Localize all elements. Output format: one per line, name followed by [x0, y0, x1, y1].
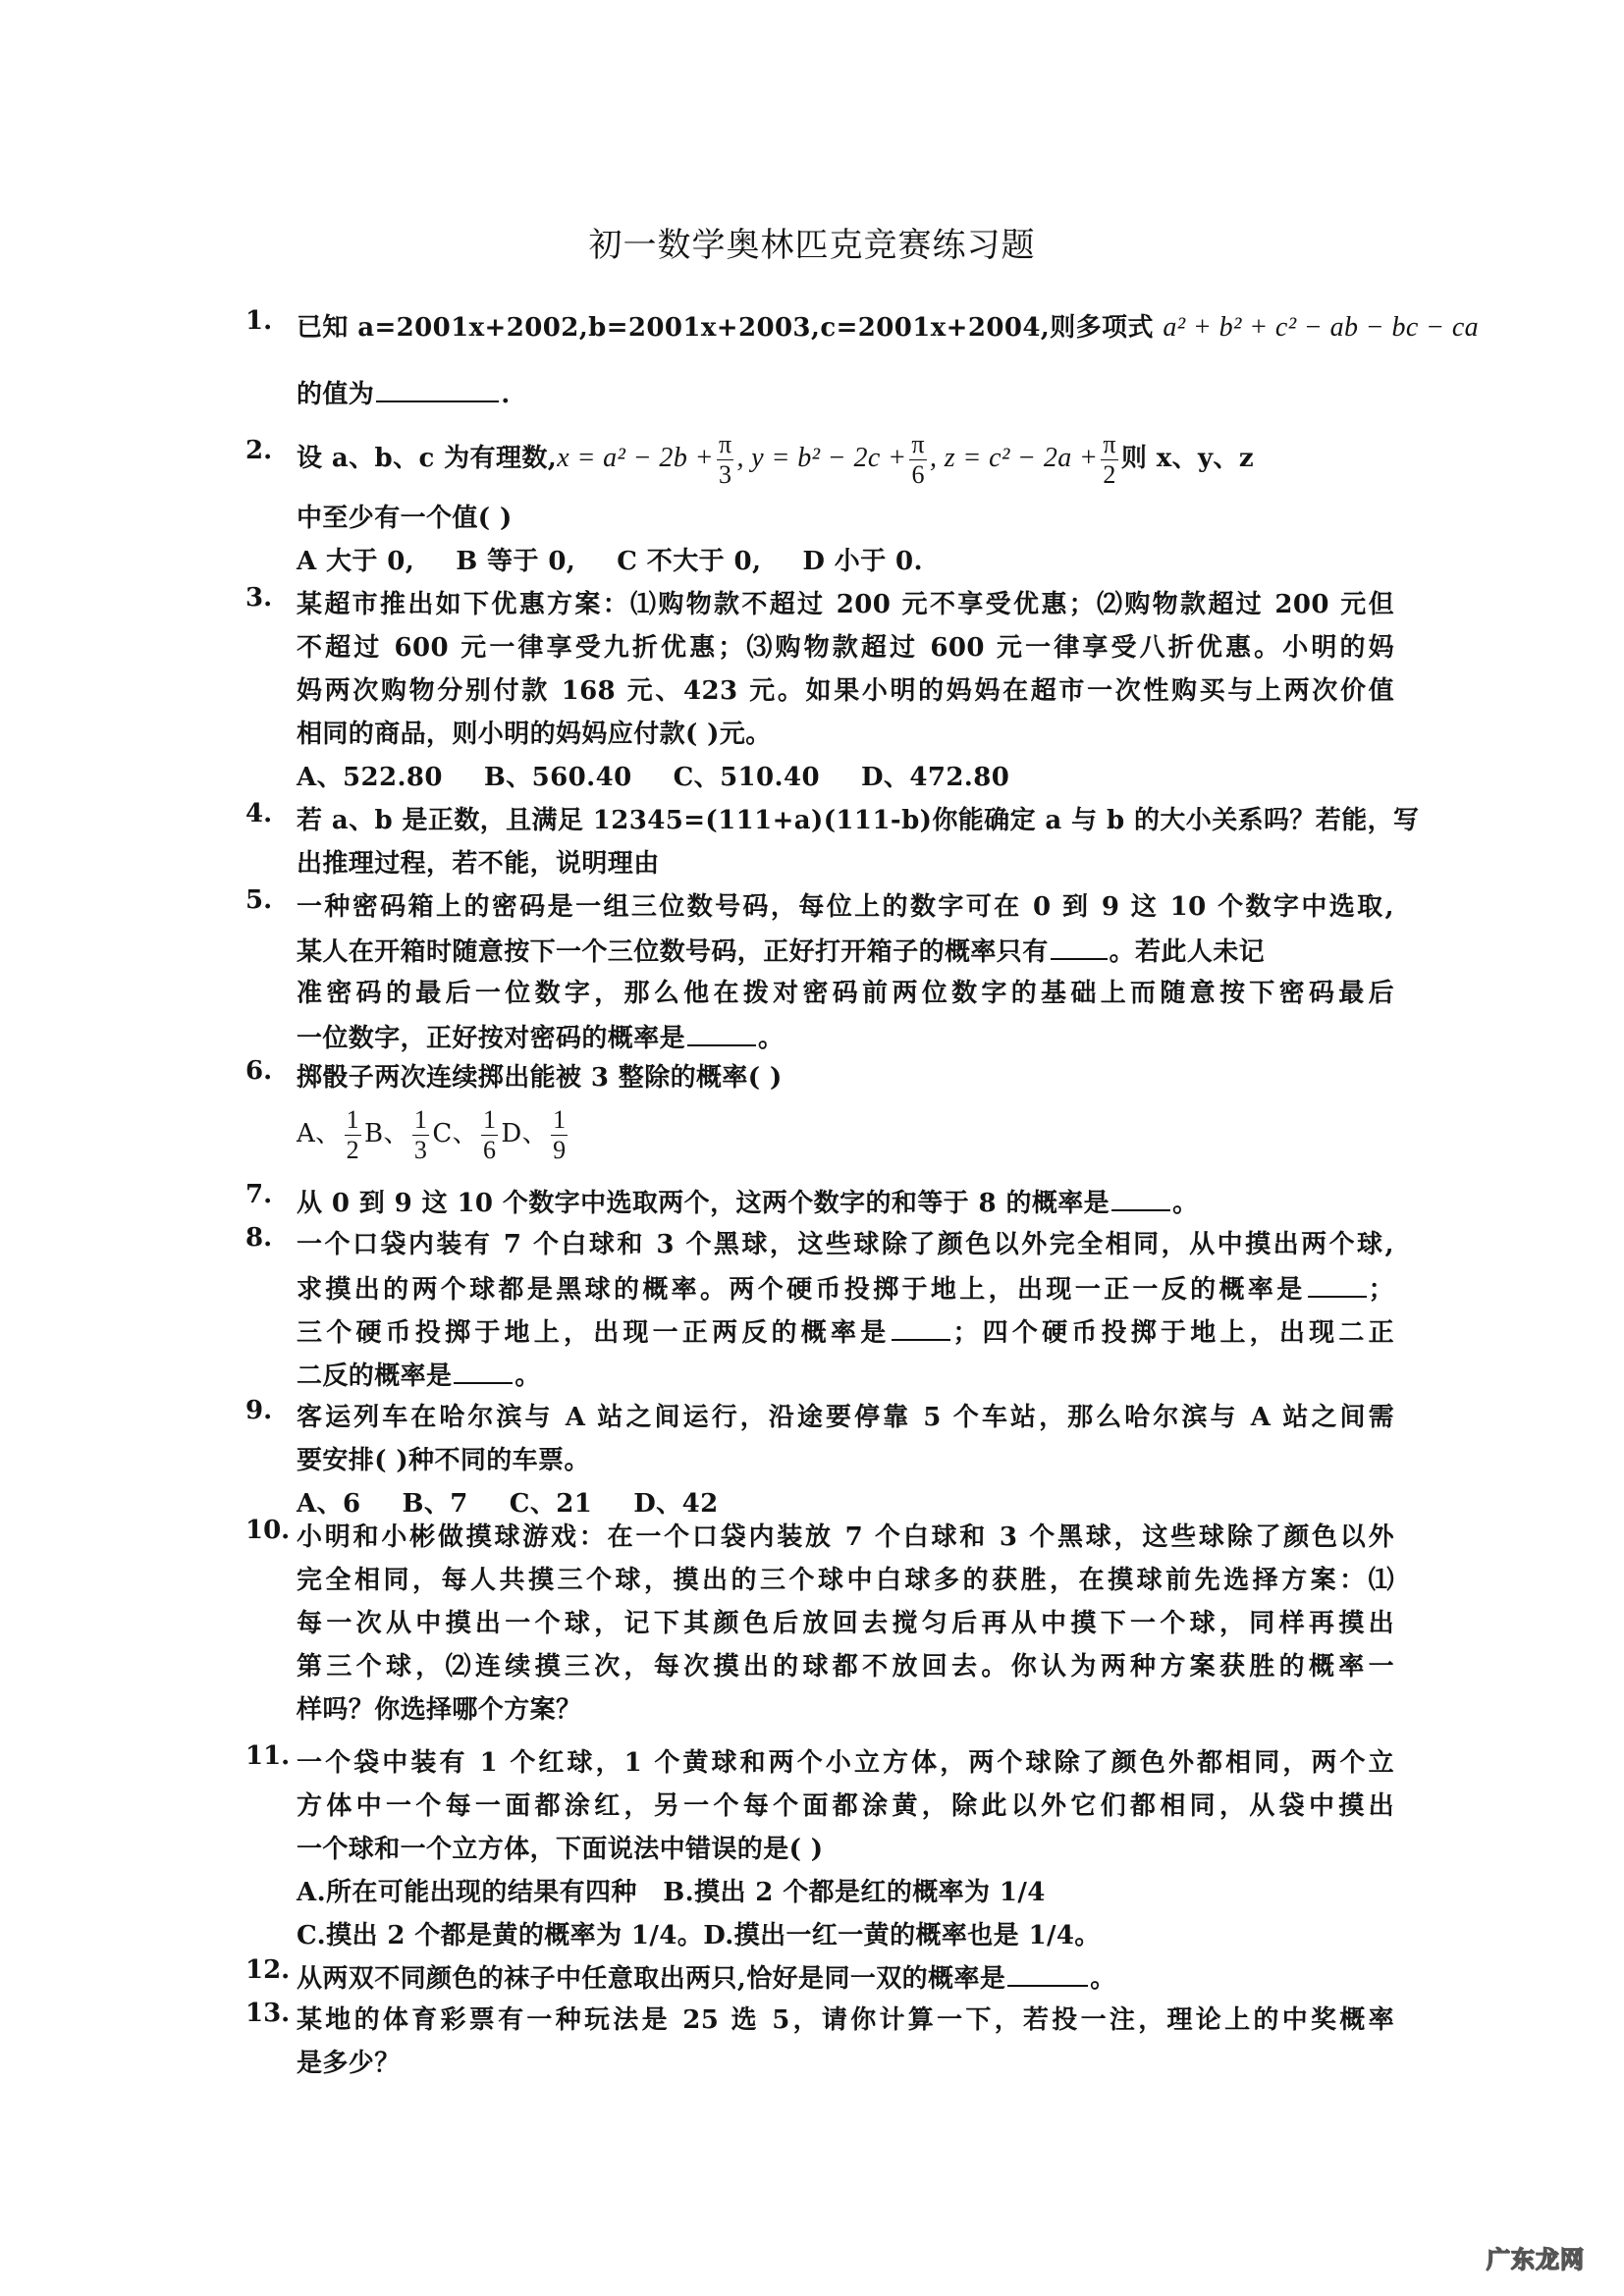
question-text: 方体中一个每一面都涂红，另一个每个面都涂黄，除此以外它们都相同，从袋中摸出 [297, 1785, 1394, 1828]
answer-blank[interactable] [454, 1353, 513, 1384]
question-text: 完全相同，每人共摸三个球，摸出的三个球中白球多的获胜，在摸球前先选择方案：⑴ [297, 1559, 1394, 1602]
question-number: 8. [245, 1223, 293, 1253]
question-text: 准密码的最后一位数字，那么他在拨对密码前两位数字的基础上而随意按下密码最后 [297, 972, 1394, 1015]
question-text: ；四个硬币投掷于地上，出现二正 [952, 1318, 1394, 1348]
question-text: 的值为 [297, 380, 374, 409]
question-5: 5. 一种密码箱上的密码是一组三位数号码，每位上的数字可在 0 到 9 这 10… [245, 885, 1394, 1058]
question-text: 某地的体育彩票有一种玩法是 25 选 5，请你计算一下，若投一注，理论上的中奖概… [297, 1999, 1394, 2042]
question-text: 一个球和一个立方体，下面说法中错误的是( ) [297, 1828, 1394, 1871]
question-1: 1. 已知 a=2001x+2002,b=2001x+2003,c=2001x+… [245, 306, 1394, 414]
question-text: 第三个球，⑵连续摸三次，每次摸出的球都不放回去。你认为两种方案获胜的概率一 [297, 1645, 1394, 1688]
question-number: 11. [245, 1741, 293, 1771]
question-text: 某超市推出如下优惠方案：⑴购物款不超过 200 元不享受优惠；⑵购物款超过 20… [297, 583, 1394, 626]
question-text: 一个袋中装有 1 个红球，1 个黄球和两个小立方体，两个球除了颜色外都相同，两个… [297, 1741, 1394, 1785]
option-c[interactable]: C、21 [510, 1489, 592, 1519]
question-text: 已知 a=2001x+2002,b=2001x+2003,c=2001x+200… [297, 313, 1154, 343]
option-c[interactable]: C 不大于 0, [617, 547, 761, 576]
punctuation: ； [1369, 1275, 1394, 1305]
option-a[interactable]: A、522.80 [297, 763, 443, 792]
question-11: 11. 一个袋中装有 1 个红球，1 个黄球和两个小立方体，两个球除了颜色外都相… [245, 1741, 1394, 1957]
answer-blank[interactable] [1007, 1955, 1088, 1987]
question-text: 一个口袋内装有 7 个白球和 3 个黑球，这些球除了颜色以外完全相同，从中摸出两… [297, 1223, 1394, 1266]
option-row-cd[interactable]: C.摸出 2 个都是黄的概率为 1/4。D.摸出一红一黄的概率也是 1/4。 [297, 1914, 1394, 1957]
question-text: 若 a、b 是正数，且满足 12345=(111+a)(111-b)你能确定 a… [297, 799, 1394, 842]
question-9: 9. 客运列车在哈尔滨与 A 站之间运行，沿途要停靠 5 个车站，那么哈尔滨与 … [245, 1396, 1394, 1525]
question-13: 13. 某地的体育彩票有一种玩法是 25 选 5，请你计算一下，若投一注，理论上… [245, 1999, 1394, 2085]
question-number: 5. [245, 885, 293, 915]
option-a[interactable]: A 大于 0, [297, 547, 414, 576]
option-d[interactable]: D 小于 0. [802, 547, 923, 576]
question-3: 3. 某超市推出如下优惠方案：⑴购物款不超过 200 元不享受优惠；⑵购物款超过… [245, 583, 1394, 799]
question-text: 从两双不同颜色的袜子中任意取出两只,恰好是同一双的概率是 [297, 1964, 1005, 1994]
page-title: 初一数学奥林匹克竞赛练习题 [0, 218, 1624, 266]
option-b[interactable]: B、13 [364, 1119, 432, 1148]
punctuation: 。 [758, 1024, 784, 1053]
option-c[interactable]: C、510.40 [674, 763, 820, 792]
question-text: 相同的商品，则小明的妈妈应付款( )元。 [297, 713, 1394, 756]
question-12: 12. 从两双不同颜色的袜子中任意取出两只,恰好是同一双的概率是。 [245, 1955, 1394, 1999]
options-row: A、522.80B、560.40C、510.40D、472.80 [297, 756, 1394, 799]
question-4: 4. 若 a、b 是正数，且满足 12345=(111+a)(111-b)你能确… [245, 799, 1394, 885]
question-text: 中至少有一个值( ) [297, 497, 1394, 540]
z-expression: , z = c² − 2a + [930, 443, 1098, 473]
option-d[interactable]: D、42 [633, 1489, 718, 1519]
question-text: 样吗？你选择哪个方案？ [297, 1688, 1394, 1732]
question-text: 要安排( )种不同的车票。 [297, 1439, 1394, 1482]
watermark-logo: 广东龙网 [1487, 2240, 1585, 2274]
question-text: 三个硬币投掷于地上，出现一正两反的概率是 [297, 1318, 890, 1348]
question-number: 12. [245, 1955, 293, 1985]
question-2: 2. 设 a、b、c 为有理数,x = a² − 2b +π3, y = b² … [245, 428, 1394, 583]
question-8: 8. 一个口袋内装有 7 个白球和 3 个黑球，这些球除了颜色以外完全相同，从中… [245, 1223, 1394, 1396]
question-text: 。若此人未记 [1110, 937, 1265, 967]
option-d[interactable]: D、19 [501, 1119, 570, 1148]
question-number: 10. [245, 1516, 293, 1545]
fraction-pi-over-2: π2 [1101, 432, 1118, 488]
punctuation: 。 [1172, 1189, 1198, 1218]
question-text: 则 x、y、z [1121, 444, 1254, 473]
question-text: 出推理过程，若不能，说明理由 [297, 842, 1394, 885]
fraction-pi-over-3: π3 [717, 432, 734, 488]
question-number: 9. [245, 1396, 293, 1425]
polynomial-expression: a² + b² + c² − ab − bc − ca [1163, 312, 1479, 343]
question-text: 一位数字，正好按对密码的概率是 [297, 1024, 685, 1053]
question-6: 6. 掷骰子两次连续掷出能被 3 整除的概率( ) A、12B、13C、16D、… [245, 1056, 1394, 1168]
question-number: 7. [245, 1180, 293, 1209]
question-text: 某人在开箱时随意按下一个三位数号码，正好打开箱子的概率只有 [297, 937, 1049, 967]
options-row: A、12B、13C、16D、19 [297, 1099, 1394, 1168]
option-d[interactable]: D、472.80 [861, 763, 1009, 792]
answer-blank[interactable] [1111, 1180, 1170, 1211]
option-b[interactable]: B 等于 0, [456, 547, 575, 576]
question-number: 6. [245, 1056, 293, 1086]
question-text: 小明和小彬做摸球游戏：在一个口袋内装放 7 个白球和 3 个黑球，这些球除了颜色… [297, 1516, 1394, 1559]
punctuation: . [501, 380, 510, 409]
question-text: 不超过 600 元一律享受九折优惠；⑶购物款超过 600 元一律享受八折优惠。小… [297, 626, 1394, 669]
question-text: 设 a、b、c 为有理数, [297, 444, 557, 473]
options-row: A 大于 0,B 等于 0,C 不大于 0,D 小于 0. [297, 540, 1394, 583]
question-10: 10. 小明和小彬做摸球游戏：在一个口袋内装放 7 个白球和 3 个黑球，这些球… [245, 1516, 1394, 1732]
answer-blank[interactable] [1308, 1266, 1367, 1298]
x-expression: x = a² − 2b + [557, 443, 714, 473]
option-row-ab[interactable]: A.所在可能出现的结果有四种 B.摸出 2 个都是红的概率为 1/4 [297, 1871, 1394, 1914]
question-7: 7. 从 0 到 9 这 10 个数字中选取两个，这两个数字的和等于 8 的概率… [245, 1180, 1394, 1223]
question-text: 二反的概率是 [297, 1362, 452, 1391]
answer-blank[interactable] [376, 371, 499, 402]
option-a[interactable]: A、6 [297, 1489, 360, 1519]
punctuation: 。 [514, 1362, 540, 1391]
question-number: 13. [245, 1999, 293, 2028]
y-expression: , y = b² − 2c + [736, 443, 906, 473]
question-number: 4. [245, 799, 293, 828]
question-text: 客运列车在哈尔滨与 A 站之间运行，沿途要停靠 5 个车站，那么哈尔滨与 A 站… [297, 1396, 1394, 1439]
question-text: 每一次从中摸出一个球，记下其颜色后放回去搅匀后再从中摸下一个球，同样再摸出 [297, 1602, 1394, 1645]
option-c[interactable]: C、16 [432, 1119, 501, 1148]
question-number: 3. [245, 583, 293, 613]
question-text: 妈两次购物分别付款 168 元、423 元。如果小明的妈妈在超市一次性购买与上两… [297, 669, 1394, 713]
question-text: 求摸出的两个球都是黑球的概率。两个硬币投掷于地上，出现一正一反的概率是 [297, 1275, 1306, 1305]
question-text: 一种密码箱上的密码是一组三位数号码，每位上的数字可在 0 到 9 这 10 个数… [297, 885, 1394, 929]
fraction-pi-over-6: π6 [909, 432, 927, 488]
option-b[interactable]: B、560.40 [484, 763, 632, 792]
question-text: 掷骰子两次连续掷出能被 3 整除的概率( ) [297, 1056, 1394, 1099]
punctuation: 。 [1090, 1964, 1115, 1994]
question-text: 是多少？ [297, 2042, 1394, 2085]
answer-blank[interactable] [1051, 929, 1108, 960]
question-text: 从 0 到 9 这 10 个数字中选取两个，这两个数字的和等于 8 的概率是 [297, 1189, 1110, 1218]
question-number: 2. [245, 436, 293, 465]
option-b[interactable]: B、7 [402, 1489, 467, 1519]
answer-blank[interactable] [687, 1015, 756, 1046]
answer-blank[interactable] [892, 1309, 950, 1341]
option-a[interactable]: A、12 [297, 1119, 364, 1148]
question-number: 1. [245, 306, 293, 336]
